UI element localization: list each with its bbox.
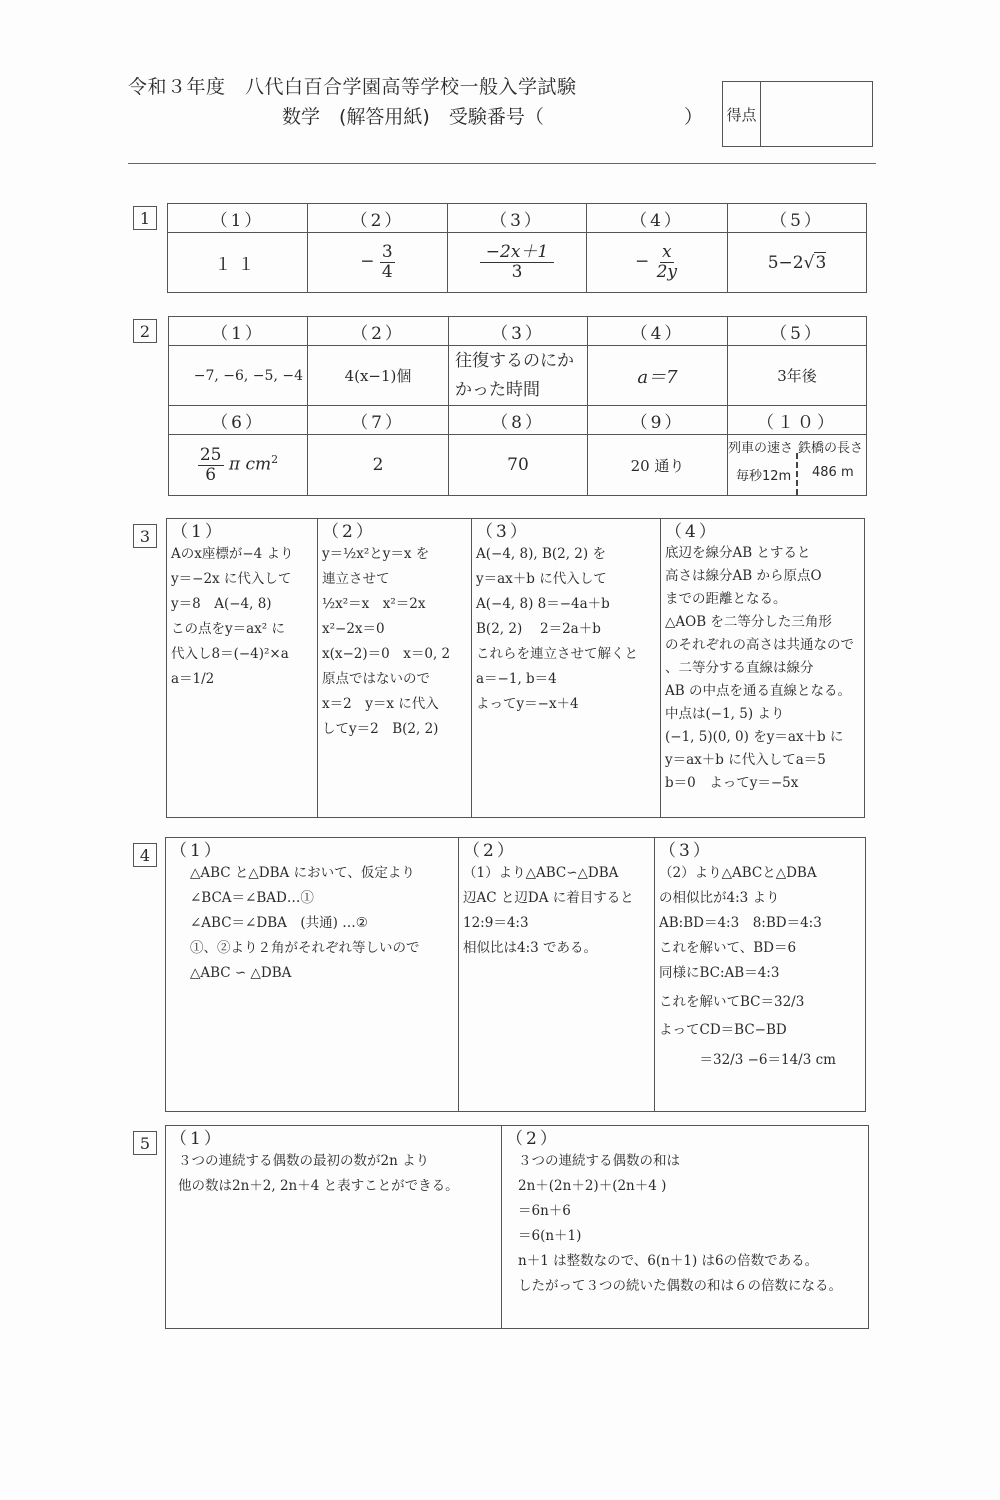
exam-number-close-paren: ） xyxy=(684,102,703,129)
q1-header-3: （3） xyxy=(448,204,587,233)
q3-part-2[interactable]: （2） y＝½x²とy＝x を 連立させて ½x²＝x x²＝2x x²−2x＝… xyxy=(318,519,472,817)
q4-part-2[interactable]: （2） （1）より△ABC∽△DBA 辺AC と辺DA に着目すると 12:9＝… xyxy=(459,838,655,1111)
train-speed-value: 毎秒12m xyxy=(736,465,791,484)
q1-answer-3[interactable]: −2x＋13 xyxy=(448,233,587,293)
q3-part-3[interactable]: （3） A(−4, 8), B(2, 2) を y＝ax＋b に代入して A(−… xyxy=(472,519,661,817)
sqrt-icon: √ xyxy=(804,253,815,273)
score-field[interactable] xyxy=(761,82,872,146)
q1-header-1: （1） xyxy=(168,204,308,233)
q3-part-1[interactable]: （1） Aのx座標が−4 より y＝−2x に代入して y＝8 A(−4, 8)… xyxy=(167,519,318,817)
q2-header-9: （9） xyxy=(588,406,728,435)
q1-answer-1[interactable]: １１ xyxy=(168,233,308,293)
exam-title: 令和３年度 八代白百合学園高等学校一般入学試験 xyxy=(128,72,577,99)
q5-part-1[interactable]: （1） ３つの連続する偶数の最初の数が2n より 他の数は2n＋2, 2n＋4 … xyxy=(166,1126,502,1328)
q2-header-7: （7） xyxy=(308,406,449,435)
q2-answer-4[interactable]: a＝7 xyxy=(588,346,728,406)
bridge-length-value: 486 m xyxy=(812,465,854,480)
q2-answer-10[interactable]: 列車の速さ 鉄橋の長さ 毎秒12m 486 m xyxy=(728,435,867,496)
question-number-3: 3 xyxy=(133,524,157,548)
q1-answer-5[interactable]: 5−2√3 xyxy=(728,233,867,293)
q2-header-2: （2） xyxy=(308,317,449,346)
q2-header-10: （１０） xyxy=(728,406,867,435)
q2-answer-5[interactable]: 3年後 xyxy=(728,346,867,406)
exam-number-field[interactable] xyxy=(440,102,680,126)
q2-answer-6[interactable]: 256 π cm2 xyxy=(169,435,308,496)
q5-part-2[interactable]: （2） ３つの連続する偶数の和は 2n＋(2n＋2)＋(2n＋4 ) ＝6n＋6… xyxy=(502,1126,868,1328)
question-number-1: 1 xyxy=(133,206,157,230)
q2-answer-table: （1） （2） （3） （4） （5） −7, −6, −5, −4 4(x−1… xyxy=(168,316,867,496)
q2-header-5: （5） xyxy=(728,317,867,346)
q2-answer-1[interactable]: −7, −6, −5, −4 xyxy=(169,346,308,406)
q2-answer-3[interactable]: 往復するのにかかった時間 xyxy=(449,346,588,406)
q1-header-5: （5） xyxy=(728,204,867,233)
q2-answer-9[interactable]: 20 通り xyxy=(588,435,728,496)
question-number-2: 2 xyxy=(133,319,157,343)
q3-part-4[interactable]: （4） 底辺を線分AB とすると 高さは線分AB から原点O までの距離となる。… xyxy=(661,519,864,817)
q3-answer-panel: （1） Aのx座標が−4 より y＝−2x に代入して y＝8 A(−4, 8)… xyxy=(166,518,865,818)
q4-answer-panel: （1） △ABC と△DBA において、仮定より ∠BCA＝∠BAD…① ∠AB… xyxy=(165,837,866,1112)
q2-header-8: （8） xyxy=(449,406,588,435)
q2-header-6: （6） xyxy=(169,406,308,435)
score-label: 得点 xyxy=(723,82,761,146)
q2-header-4: （4） xyxy=(588,317,728,346)
q2-header-1: （1） xyxy=(169,317,308,346)
q5-answer-panel: （1） ３つの連続する偶数の最初の数が2n より 他の数は2n＋2, 2n＋4 … xyxy=(165,1125,869,1329)
train-speed-label: 列車の速さ xyxy=(728,437,793,456)
q4-part-3[interactable]: （3） （2）より△ABCと△DBA の相似比が4:3 より AB:BD＝4:3… xyxy=(655,838,865,1111)
q2-answer-8[interactable]: 70 xyxy=(449,435,588,496)
question-number-5: 5 xyxy=(133,1131,157,1155)
q2-answer-2[interactable]: 4(x−1)個 xyxy=(308,346,449,406)
q4-part-1[interactable]: （1） △ABC と△DBA において、仮定より ∠BCA＝∠BAD…① ∠AB… xyxy=(166,838,459,1111)
header-divider xyxy=(128,163,876,164)
q1-answer-2[interactable]: − 34 xyxy=(308,233,448,293)
q1-header-4: （4） xyxy=(587,204,728,233)
q1-answer-table: （1） （2） （3） （4） （5） １１ − 34 −2x＋13 − x2y… xyxy=(167,203,867,293)
q2-answer-7[interactable]: 2 xyxy=(308,435,449,496)
q2-header-3: （3） xyxy=(449,317,588,346)
q1-header-2: （2） xyxy=(308,204,448,233)
dashed-divider xyxy=(796,453,798,495)
question-number-4: 4 xyxy=(133,843,157,867)
bridge-length-label: 鉄橋の長さ xyxy=(798,437,863,456)
score-box: 得点 xyxy=(722,81,873,147)
q1-answer-4[interactable]: − x2y xyxy=(587,233,728,293)
